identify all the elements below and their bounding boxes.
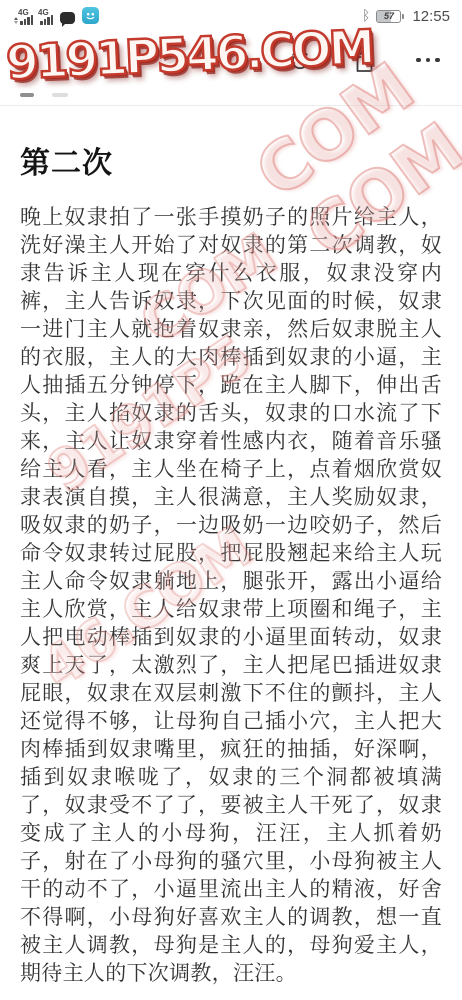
- clock-icon[interactable]: [286, 46, 314, 74]
- toolbar: [0, 30, 462, 90]
- scroll-indicator: [20, 93, 34, 97]
- app-notification-icon: [82, 7, 99, 24]
- battery-nub: [402, 14, 404, 19]
- phone-screen: 4G 4G ᛒ 57 12:55: [0, 0, 462, 1000]
- bluetooth-icon: ᛒ: [362, 9, 370, 23]
- page-title: 第二次: [20, 138, 442, 182]
- more-options-icon[interactable]: [414, 46, 442, 74]
- signal-strength-icon-sim1: 4G: [20, 9, 33, 25]
- data-arrows-icon: [14, 17, 18, 25]
- scroll-track: [52, 93, 68, 97]
- article-body: 晚上奴隶拍了一张手摸奶子的照片给主人，洗好澡主人开始了对奴隶的第二次调教，奴隶告…: [20, 204, 442, 988]
- face-glyph: [84, 9, 97, 22]
- network-type-label-sim1: 4G: [18, 8, 29, 17]
- clock-time: 12:55: [412, 8, 450, 25]
- network-type-label-sim2: 4G: [38, 8, 49, 17]
- battery-percent: 57: [377, 11, 400, 22]
- signal-strength-icon-sim2: 4G: [40, 9, 53, 25]
- share-icon[interactable]: [350, 46, 378, 74]
- status-bar: 4G 4G ᛒ 57 12:55: [0, 0, 462, 29]
- toolbar-divider: [0, 90, 462, 106]
- message-notification-icon: [60, 12, 75, 24]
- battery-icon: 57: [376, 10, 401, 23]
- article: 第二次 晚上奴隶拍了一张手摸奶子的照片给主人，洗好澡主人开始了对奴隶的第二次调教…: [0, 106, 462, 988]
